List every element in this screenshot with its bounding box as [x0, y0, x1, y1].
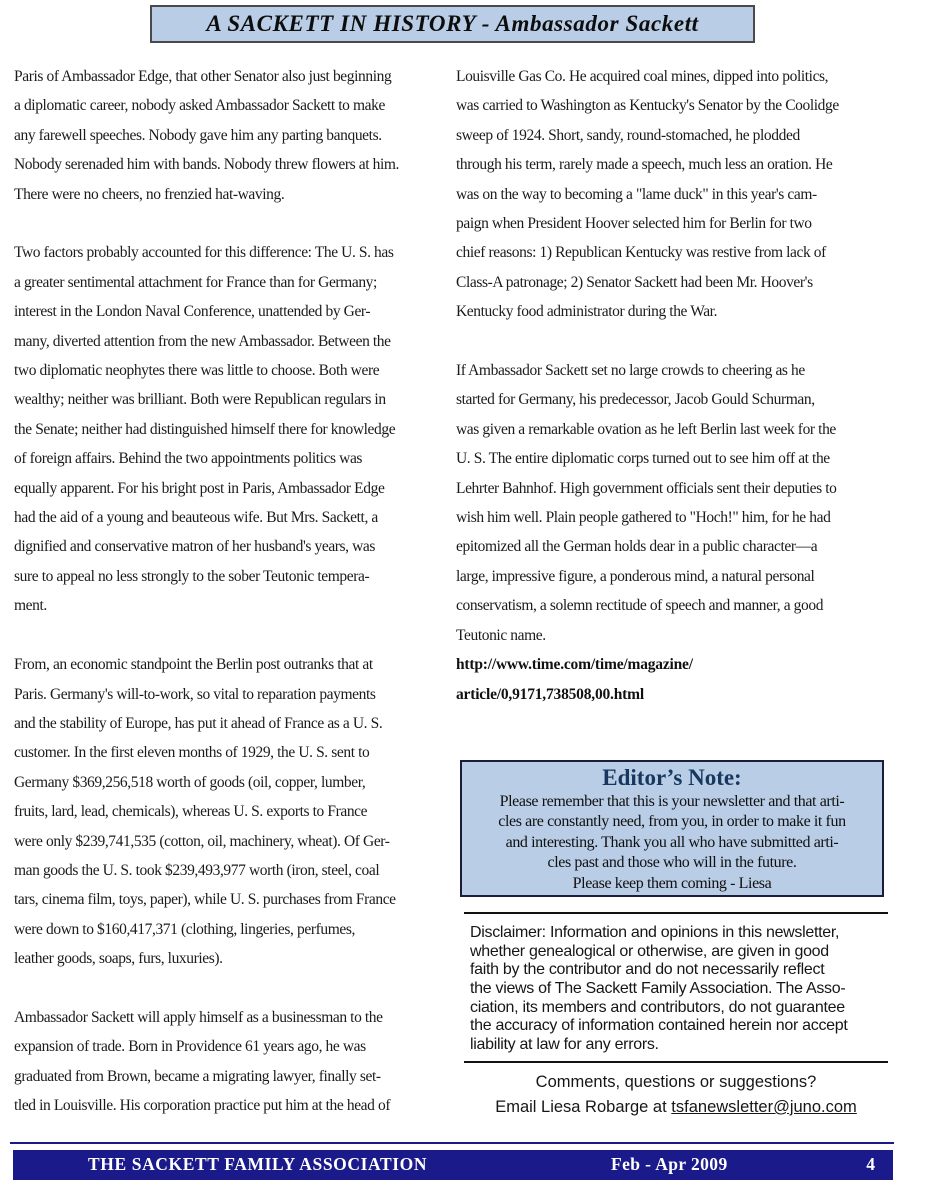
newsletter-page: A SACKETT IN HISTORY - Ambassador Sacket… [0, 0, 928, 1181]
footer-page-number: 4 [866, 1154, 875, 1175]
editor-note-box: Editor’s Note: Please remember that this… [460, 760, 884, 897]
article-paragraph: Louisville Gas Co. He acquired coal mine… [456, 62, 896, 327]
contact-question: Comments, questions or suggestions? [456, 1070, 896, 1095]
left-column: Paris of Ambassador Edge, that other Sen… [14, 62, 454, 1150]
contact-email-prefix: Email Liesa Robarge at [495, 1098, 671, 1116]
source-url-link[interactable]: http://www.time.com/time/magazine/ artic… [456, 650, 896, 709]
editor-note-text: Please remember that this is your newsle… [462, 792, 882, 894]
article-paragraph: Ambassador Sackett will apply himself as… [14, 1003, 454, 1121]
article-title-banner: A SACKETT IN HISTORY - Ambassador Sacket… [150, 5, 755, 43]
footer-association: THE SACKETT FAMILY ASSOCIATION [88, 1154, 427, 1175]
contact-email-line: Email Liesa Robarge at tsfanewsletter@ju… [456, 1095, 896, 1120]
article-paragraph: If Ambassador Sackett set no large crowd… [456, 356, 896, 650]
editor-note-title: Editor’s Note: [462, 764, 882, 792]
article-paragraph: From, an economic standpoint the Berlin … [14, 650, 454, 973]
right-column: Louisville Gas Co. He acquired coal mine… [456, 62, 896, 1120]
footer-date-range: Feb - Apr 2009 [611, 1154, 728, 1175]
disclaimer-text: Disclaimer: Information and opinions in … [456, 914, 896, 1058]
article-paragraph: Two factors probably accounted for this … [14, 238, 454, 620]
footer-bar: THE SACKETT FAMILY ASSOCIATION Feb - Apr… [13, 1150, 893, 1180]
contact-block: Comments, questions or suggestions? Emai… [456, 1070, 896, 1120]
footer-divider [10, 1142, 894, 1144]
email-link[interactable]: tsfanewsletter@juno.com [671, 1098, 857, 1116]
article-paragraph: Paris of Ambassador Edge, that other Sen… [14, 62, 454, 209]
disclaimer-bottom-divider [464, 1061, 888, 1063]
article-title: A SACKETT IN HISTORY - Ambassador Sacket… [206, 11, 698, 37]
